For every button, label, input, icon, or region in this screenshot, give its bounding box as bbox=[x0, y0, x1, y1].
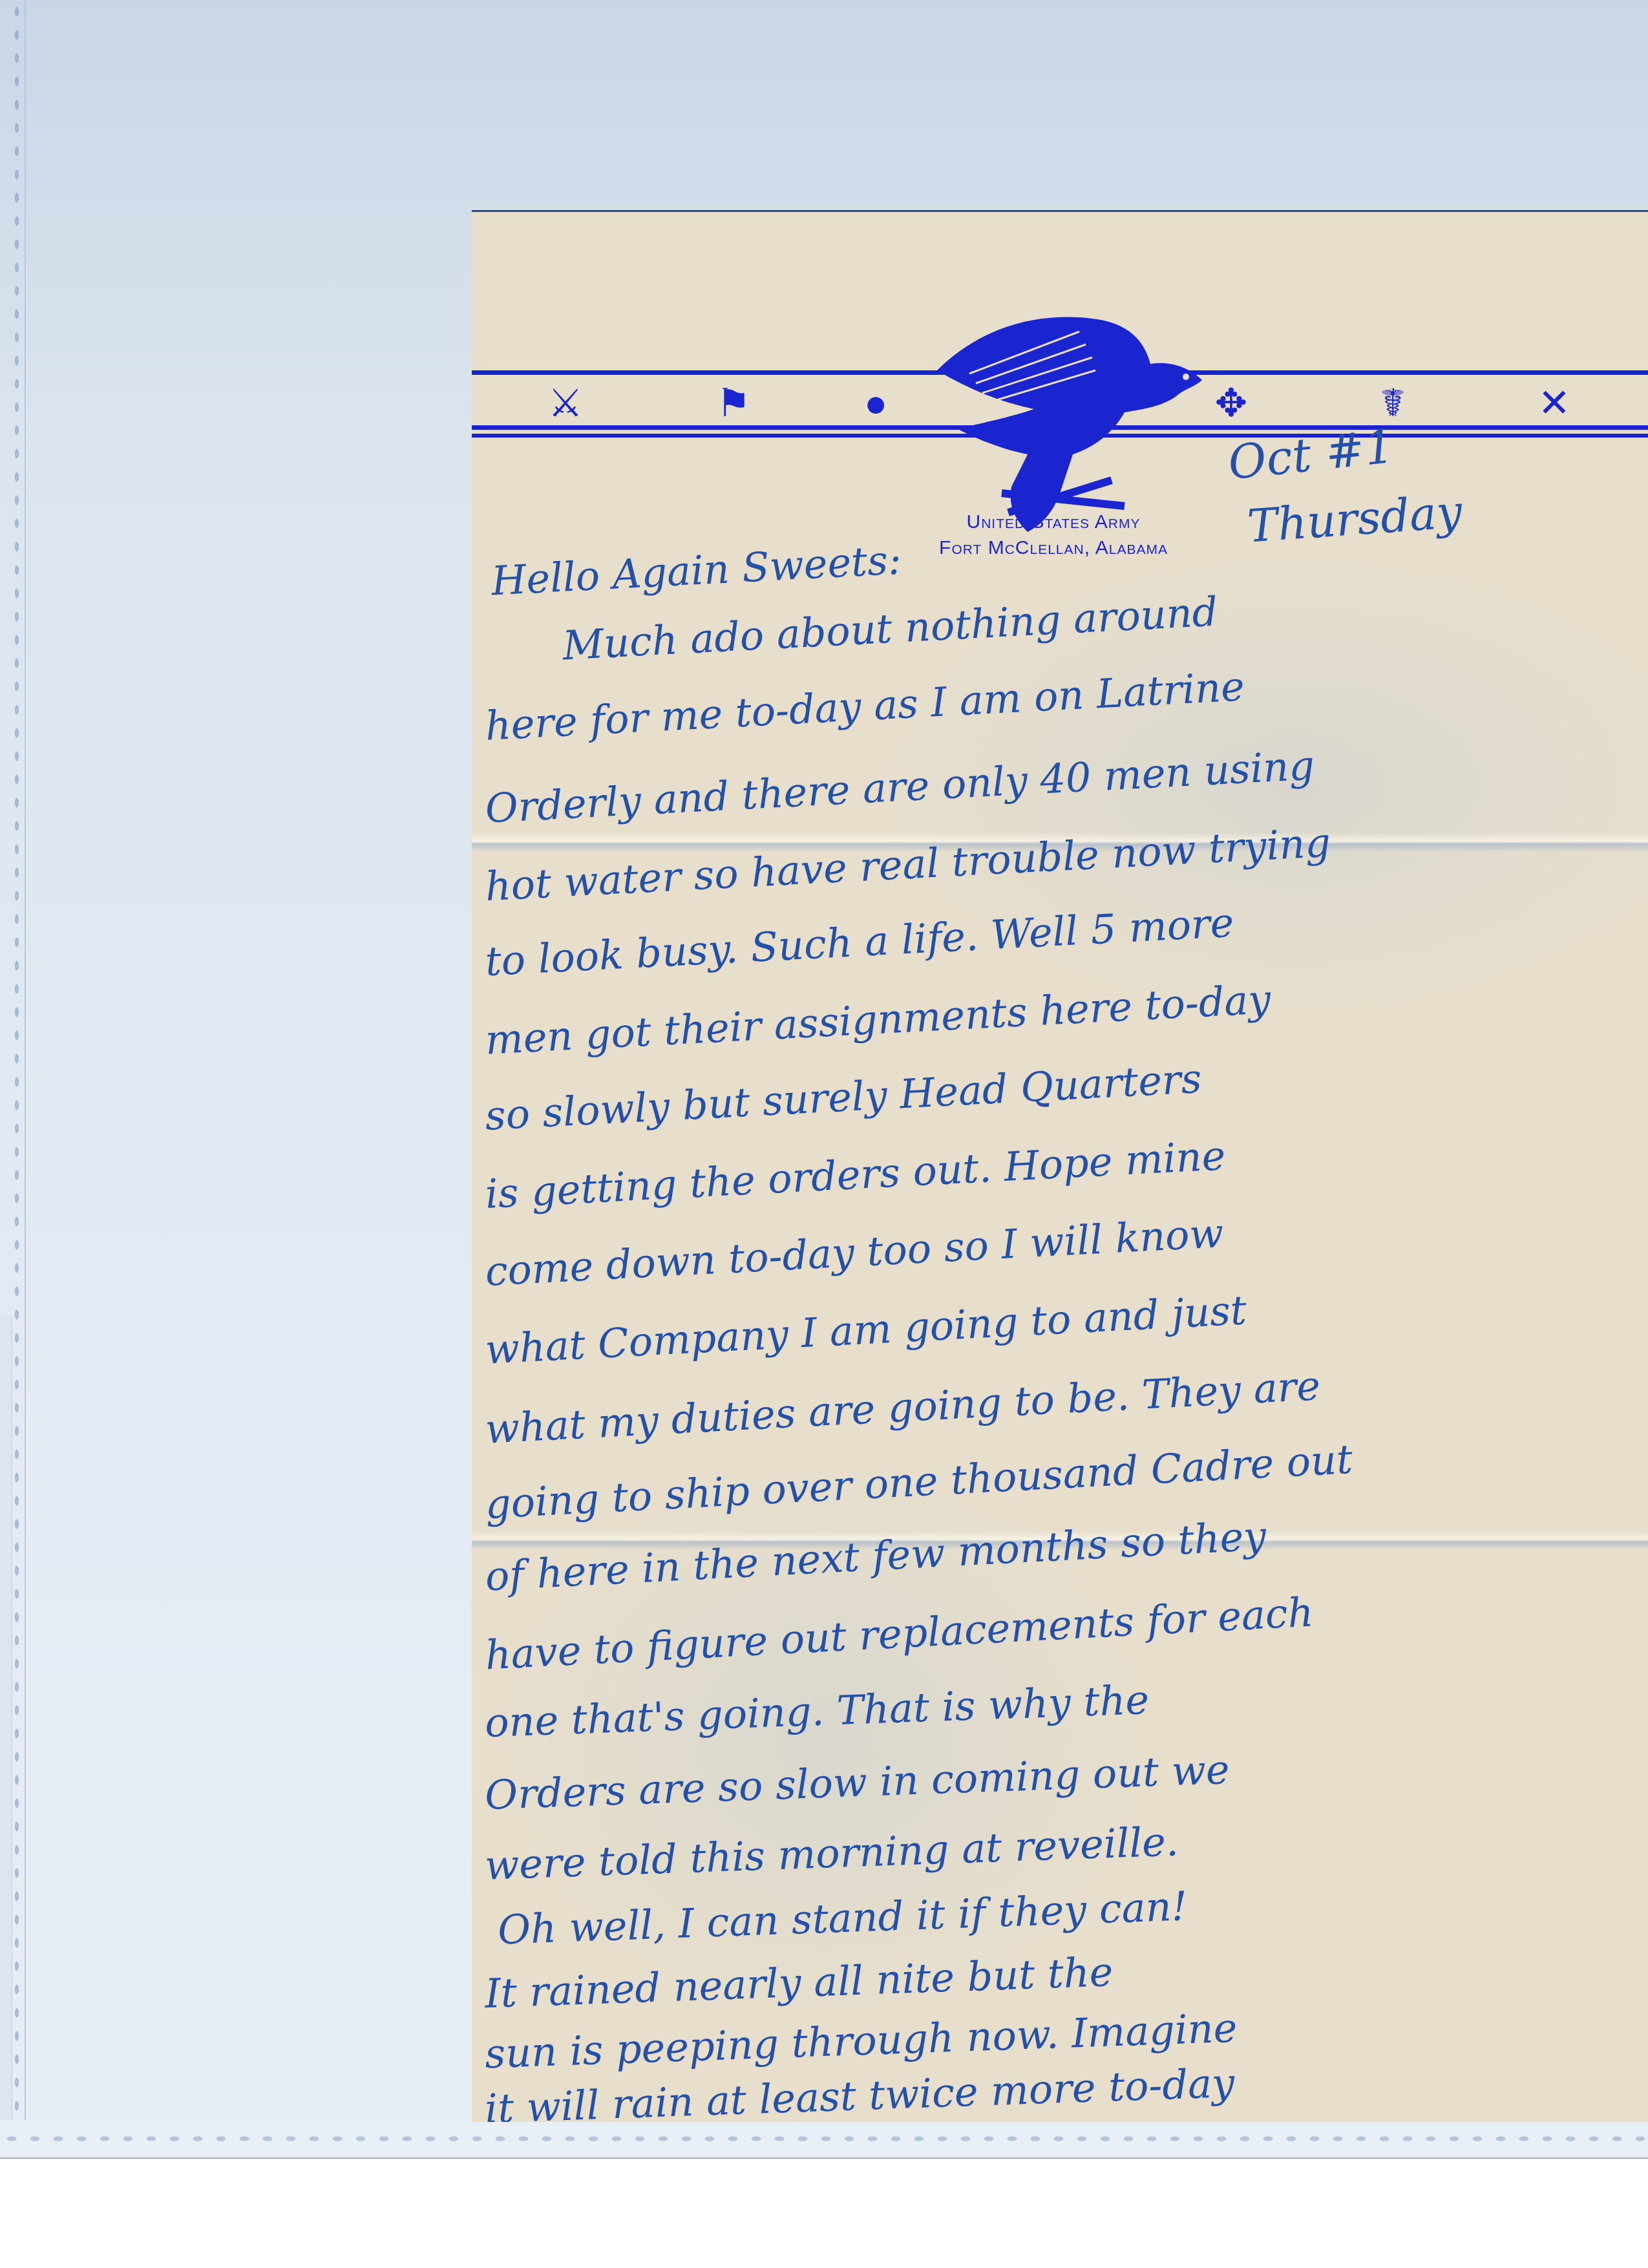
letter-line: is getting the orders out. Hope mine bbox=[484, 1133, 1227, 1217]
letter-line: men got their assignments here to-day bbox=[484, 977, 1272, 1063]
medical-caduceus-icon: ☤ bbox=[1364, 381, 1422, 425]
letter-line: here for me to-day as I am on Latrine bbox=[484, 664, 1245, 748]
letter-line: one that's going. That is why the bbox=[484, 1677, 1150, 1746]
letter-line: come down to-day too so I will know bbox=[484, 1211, 1225, 1295]
sleeve-tab bbox=[0, 1315, 12, 2136]
weekday-line: Thursday bbox=[1246, 489, 1463, 549]
letter-line: It rained nearly all nite but the bbox=[484, 1949, 1114, 2017]
infantry-crossed-rifles-icon: ⚔ bbox=[536, 381, 595, 425]
date-line: Oct #1 bbox=[1226, 423, 1396, 486]
ordnance-flaming-bomb-icon: ● bbox=[847, 381, 905, 425]
letter-greeting: Hello Again Sweets: bbox=[491, 537, 903, 604]
letter-line: Orders are so slow in coming out we bbox=[484, 1747, 1230, 1818]
sleeve-bottom-edge bbox=[0, 2120, 1648, 2159]
letter-line: so slowly but surely Head Quarters bbox=[484, 1056, 1203, 1139]
letter-line: Much ado about nothing around bbox=[562, 589, 1219, 668]
letter-line: of here in the next few months so they bbox=[484, 1513, 1267, 1599]
letter-line: to look busy. Such a life. Well 5 more bbox=[484, 900, 1235, 985]
organization-name: United States Army bbox=[827, 509, 1280, 535]
letter-line: what Company I am going to and just bbox=[484, 1288, 1247, 1373]
signal-corps-flags-icon: ⚑ bbox=[704, 381, 763, 425]
artillery-crossed-cannons-icon: ✕ bbox=[1525, 381, 1583, 425]
letter-line: were told this morning at reveille. bbox=[484, 1819, 1179, 1888]
eagle-emblem-icon bbox=[931, 299, 1215, 545]
letter-page: ⚔ ⚑ ● ✥ ☤ ✕ United States Army Fort McCl… bbox=[472, 210, 1648, 2122]
letter-line: have to figure out replacements for each bbox=[484, 1589, 1315, 1678]
letter-line: Orderly and there are only 40 men using bbox=[484, 743, 1316, 831]
letter-line: Oh well, I can stand it if they can! bbox=[497, 1883, 1188, 1953]
letter-line: what my duties are going to be. They are bbox=[484, 1363, 1322, 1452]
